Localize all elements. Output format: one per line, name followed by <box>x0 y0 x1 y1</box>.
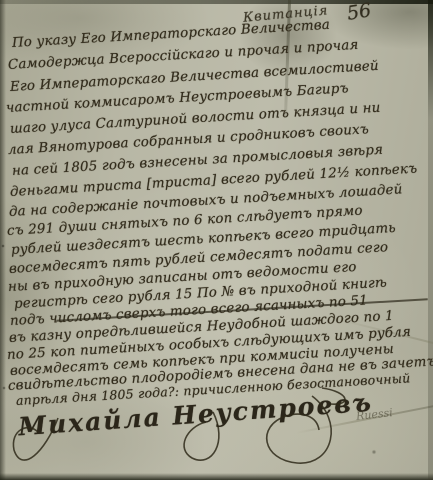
manuscript-page: Квитанція 56 По указу Его Императорскаго… <box>0 0 433 480</box>
paper-edge-bottom <box>0 473 433 480</box>
paper-edge-left <box>0 0 6 480</box>
page-number: 56 <box>345 0 372 25</box>
faint-annotation: Ruessi <box>355 406 393 423</box>
